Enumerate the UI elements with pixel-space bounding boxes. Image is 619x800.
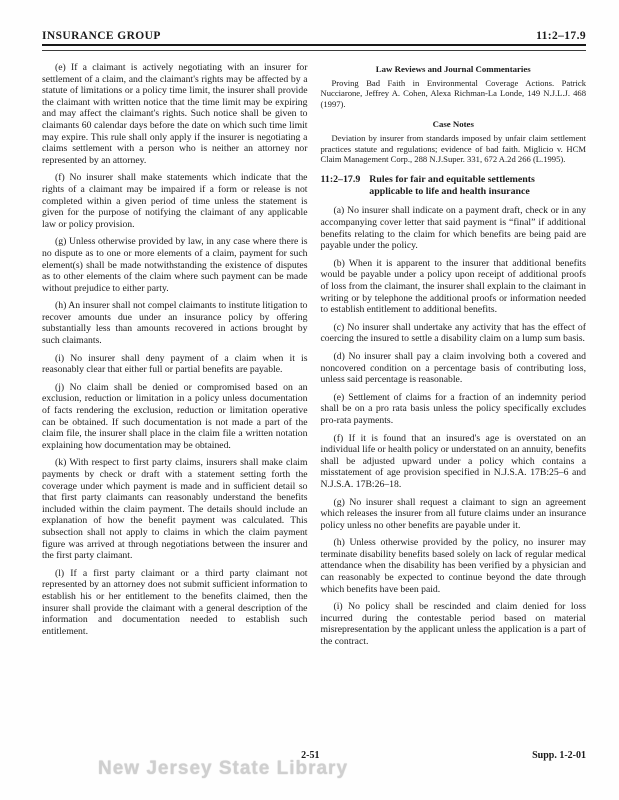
footer-supplement-date: Supp. 1-2-01 [532, 750, 586, 761]
header-group-title: INSURANCE GROUP [42, 30, 161, 42]
paragraph-i: (i) No insurer shall deny payment of a c… [42, 353, 308, 376]
rule-paragraph-b: (b) When it is apparent to the insurer t… [321, 258, 587, 316]
page-content: INSURANCE GROUP 11:2–17.9 (e) If a claim… [42, 30, 586, 760]
paragraph-h: (h) An insurer shall not compel claimant… [42, 300, 308, 346]
law-reviews-heading: Law Reviews and Journal Commentaries [321, 64, 587, 74]
scanned-document-page: INSURANCE GROUP 11:2–17.9 (e) If a claim… [0, 0, 619, 800]
rule-paragraph-a: (a) No insurer shall indicate on a payme… [321, 205, 587, 251]
rule-paragraph-g: (g) No insurer shall request a claimant … [321, 497, 587, 532]
header-section-number: 11:2–17.9 [536, 30, 586, 42]
rule-paragraph-h: (h) Unless otherwise provided by the pol… [321, 537, 587, 595]
rule-paragraph-f: (f) If it is found that an insured's age… [321, 433, 587, 491]
header-rule [42, 44, 586, 51]
paragraph-e: (e) If a claimant is actively negotiatin… [42, 62, 308, 166]
law-reviews-text: Proving Bad Faith in Environmental Cover… [321, 78, 587, 109]
running-header: INSURANCE GROUP 11:2–17.9 [42, 30, 586, 42]
footer-page-number: 2-51 [301, 750, 319, 761]
paragraph-g: (g) Unless otherwise provided by law, in… [42, 236, 308, 294]
rule-paragraph-i: (i) No policy shall be rescinded and cla… [321, 601, 587, 647]
rule-paragraph-c: (c) No insurer shall undertake any activ… [321, 322, 587, 345]
rule-paragraph-d: (d) No insurer shall pay a claim involvi… [321, 351, 587, 386]
rule-paragraph-e: (e) Settlement of claims for a fraction … [321, 392, 587, 427]
section-title: Rules for fair and equitable settlements… [369, 174, 586, 198]
section-number: 11:2–17.9 [321, 174, 361, 198]
paragraph-f: (f) No insurer shall make statements whi… [42, 172, 308, 230]
right-column: Law Reviews and Journal Commentaries Pro… [321, 62, 587, 654]
paragraph-k: (k) With respect to first party claims, … [42, 457, 308, 561]
page-footer: 2-51 Supp. 1-2-01 [42, 750, 586, 764]
paragraph-l: (l) If a first party claimant or a third… [42, 568, 308, 638]
section-heading: 11:2–17.9 Rules for fair and equitable s… [321, 174, 587, 198]
case-notes-heading: Case Notes [321, 119, 587, 129]
paragraph-j: (j) No claim shall be denied or compromi… [42, 382, 308, 452]
case-notes-text: Deviation by insurer from standards impo… [321, 133, 587, 164]
left-column: (e) If a claimant is actively negotiatin… [42, 62, 308, 654]
two-column-body: (e) If a claimant is actively negotiatin… [42, 62, 586, 654]
